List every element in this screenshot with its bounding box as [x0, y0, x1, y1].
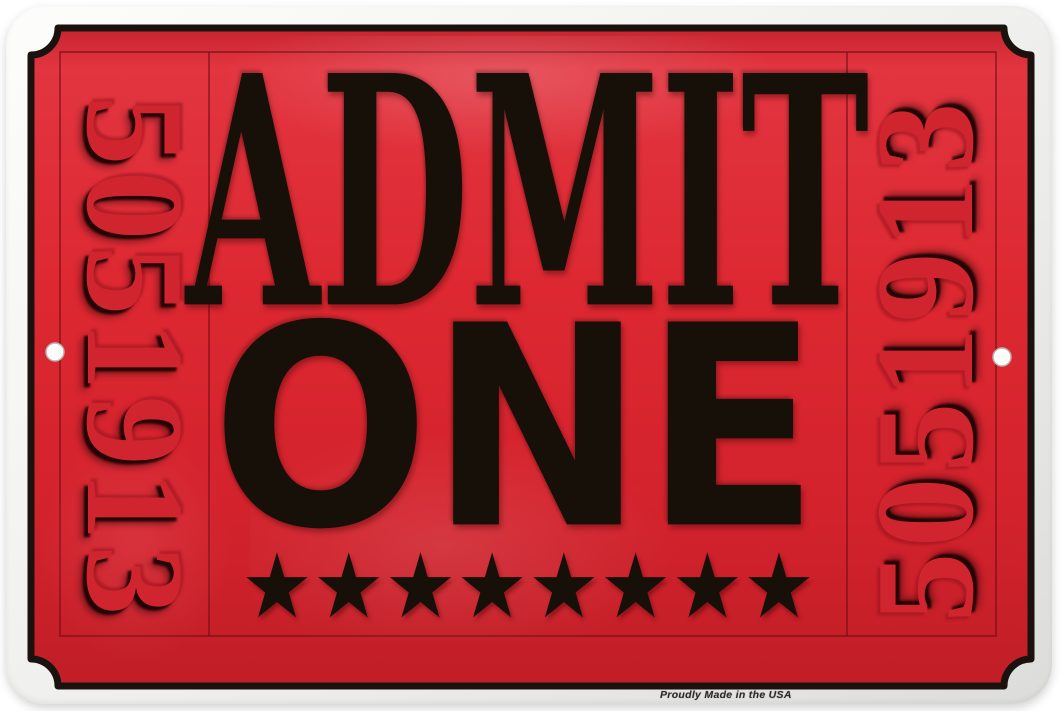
- ticket-red-face: [31, 28, 1031, 686]
- mounting-hole-left: [46, 343, 64, 361]
- mounting-hole-right: [993, 348, 1011, 366]
- admit-one-ticket-sign-photo: ADMIT ONE ★★★★★★★★ 5051913 5051913 Proud…: [0, 0, 1061, 711]
- ticket-shape: [0, 0, 1061, 711]
